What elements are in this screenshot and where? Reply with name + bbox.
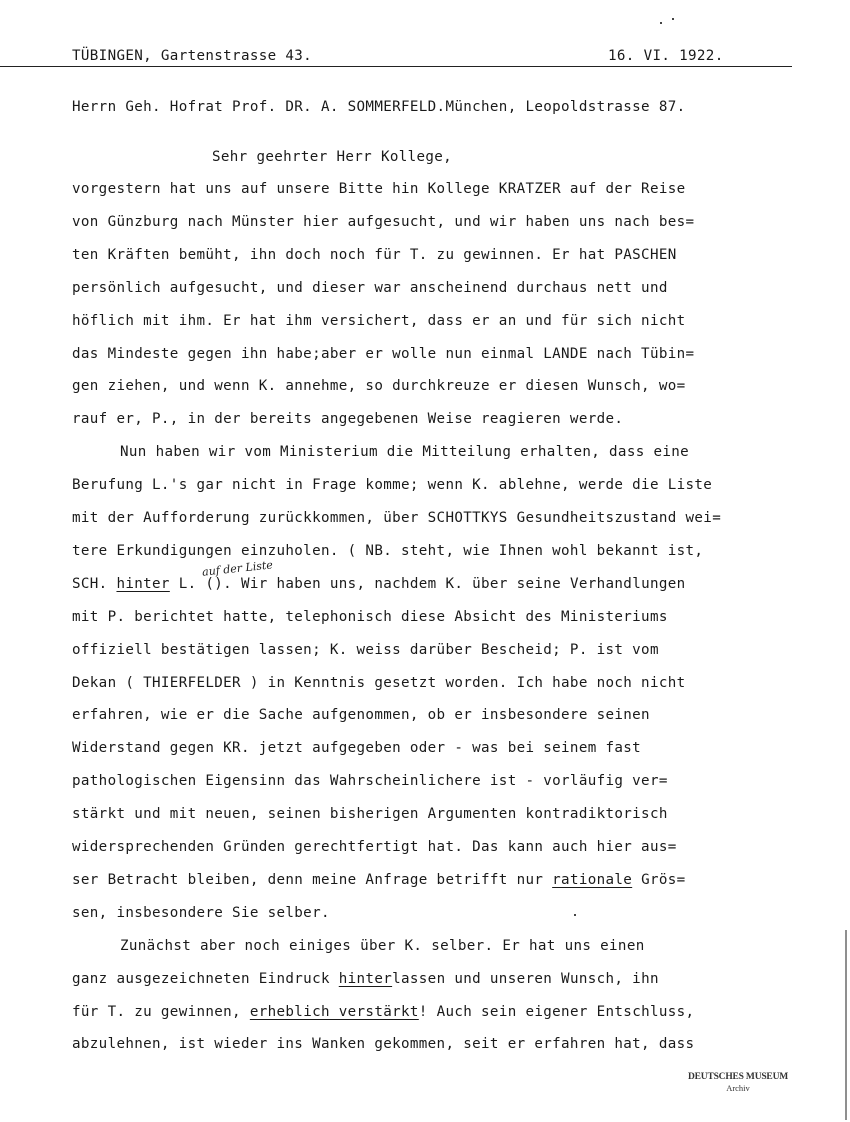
- letter-line: persönlich aufgesucht, und dieser war an…: [72, 280, 668, 296]
- underlined-text: rationale: [552, 872, 632, 888]
- header-rule: [0, 66, 792, 67]
- letterhead-place: TÜBINGEN, Gartenstrasse 43.: [72, 48, 312, 64]
- letter-line: pathologischen Eigensinn das Wahrscheinl…: [72, 773, 668, 789]
- scan-edge: [845, 930, 847, 1120]
- stamp-line-1: DEUTSCHES MUSEUM: [688, 1072, 788, 1083]
- letter-line: für T. zu gewinnen, erheblich verstärkt!…: [72, 1004, 694, 1020]
- salutation: Sehr geehrter Herr Kollege,: [212, 149, 452, 165]
- scan-speck: [574, 914, 576, 916]
- letter-line: SCH. hinter L. (). Wir haben uns, nachde…: [72, 576, 686, 592]
- letter-line: von Günzburg nach Münster hier aufgesuch…: [72, 214, 694, 230]
- archive-stamp: DEUTSCHES MUSEUM Archiv: [688, 1072, 788, 1094]
- letter-line: höflich mit ihm. Er hat ihm versichert, …: [72, 313, 686, 329]
- letter-line: mit P. berichtet hatte, telephonisch die…: [72, 609, 668, 625]
- letter-date: 16. VI. 1922.: [608, 48, 724, 64]
- letter-line: Widerstand gegen KR. jetzt aufgegeben od…: [72, 740, 641, 756]
- letter-line: ganz ausgezeichneten Eindruck hinterlass…: [72, 971, 659, 987]
- stamp-line-2: Archiv: [688, 1083, 788, 1093]
- letter-line: ser Betracht bleiben, denn meine Anfrage…: [72, 872, 686, 888]
- letter-line: Berufung L.'s gar nicht in Frage komme; …: [72, 477, 712, 493]
- scan-speck: [672, 18, 674, 20]
- letter-line: widersprechenden Gründen gerechtfertigt …: [72, 839, 677, 855]
- letter-page: TÜBINGEN, Gartenstrasse 43. 16. VI. 1922…: [0, 0, 850, 1122]
- letter-line: ten Kräften bemüht, ihn doch noch für T.…: [72, 247, 677, 263]
- underlined-text: hinter: [339, 971, 392, 987]
- letter-line: erfahren, wie er die Sache aufgenommen, …: [72, 707, 650, 723]
- scan-speck: [660, 22, 662, 24]
- letter-line: rauf er, P., in der bereits angegebenen …: [72, 411, 623, 427]
- letter-line: Zunächst aber noch einiges über K. selbe…: [120, 938, 645, 954]
- letter-line: offiziell bestätigen lassen; K. weiss da…: [72, 642, 659, 658]
- letter-line: tere Erkundigungen einzuholen. ( NB. ste…: [72, 543, 703, 559]
- underlined-text: hinter: [116, 576, 169, 592]
- letter-line: sen, insbesondere Sie selber.: [72, 905, 330, 921]
- letter-line: Dekan ( THIERFELDER ) in Kenntnis gesetz…: [72, 675, 686, 691]
- letter-line: das Mindeste gegen ihn habe;aber er woll…: [72, 346, 694, 362]
- addressee: Herrn Geh. Hofrat Prof. DR. A. SOMMERFEL…: [72, 99, 686, 115]
- letter-line: abzulehnen, ist wieder ins Wanken gekomm…: [72, 1036, 694, 1052]
- letter-line: gen ziehen, und wenn K. annehme, so durc…: [72, 378, 686, 394]
- letter-line: stärkt und mit neuen, seinen bisherigen …: [72, 806, 668, 822]
- letter-line: Nun haben wir vom Ministerium die Mittei…: [120, 444, 689, 460]
- letter-line: mit der Aufforderung zurückkommen, über …: [72, 510, 721, 526]
- underlined-text: erheblich verstärkt: [250, 1004, 419, 1020]
- letter-line: vorgestern hat uns auf unsere Bitte hin …: [72, 181, 686, 197]
